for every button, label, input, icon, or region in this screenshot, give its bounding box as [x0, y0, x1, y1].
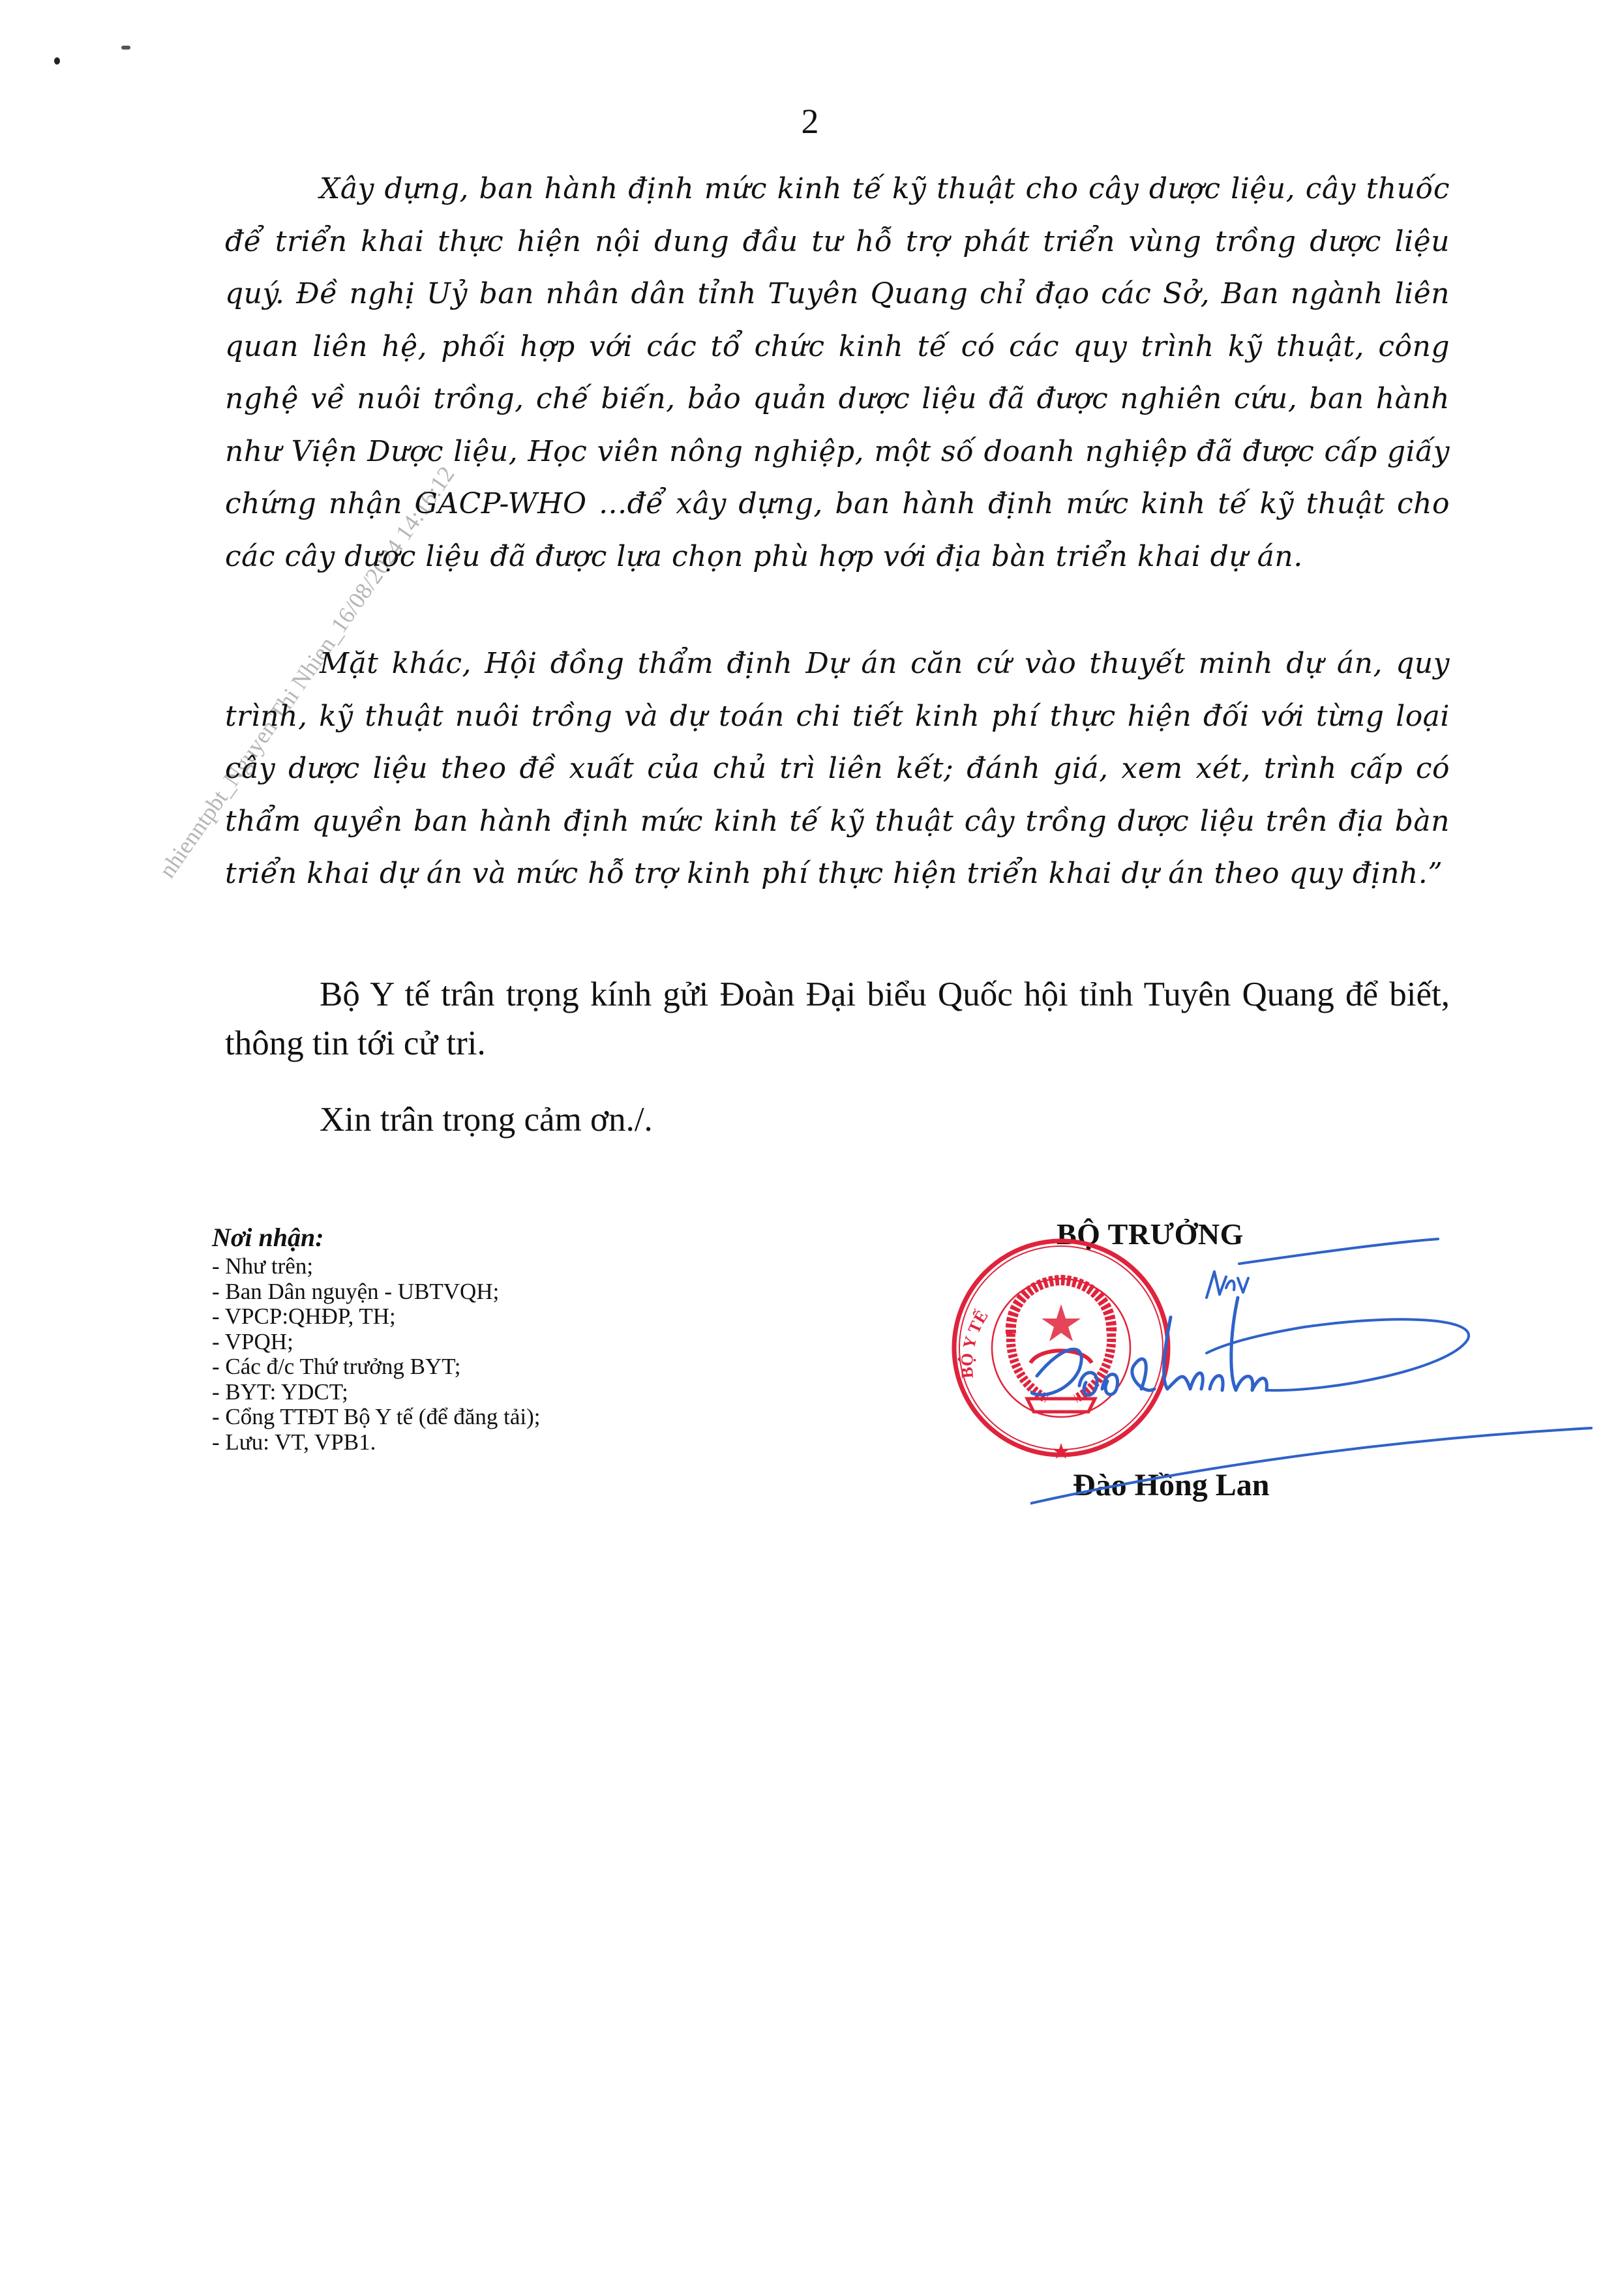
- recipient-item: - VPQH;: [212, 1330, 541, 1355]
- body-paragraph-3: Bộ Y tế trân trọng kính gửi Đoàn Đại biể…: [225, 970, 1450, 1068]
- paragraph-text: Xin trân trọng cảm ơn./.: [225, 1096, 1450, 1144]
- seal-text: BỘ Y TẾ: [957, 1307, 992, 1379]
- recipient-item: - Như trên;: [212, 1254, 541, 1279]
- paragraph-text: Mặt khác, Hội đồng thẩm định Dự án căn c…: [225, 638, 1450, 901]
- body-paragraph-2: Mặt khác, Hội đồng thẩm định Dự án căn c…: [225, 638, 1450, 901]
- recipients-title: Nơi nhận:: [212, 1223, 541, 1253]
- recipient-item: - Cổng TTĐT Bộ Y tế (để đăng tải);: [212, 1405, 541, 1430]
- recipient-item: - Các đ/c Thứ trưởng BYT;: [212, 1354, 541, 1380]
- scan-speck: [121, 46, 130, 50]
- recipients-list: - Như trên; - Ban Dân nguyện - UBTVQH; -…: [212, 1254, 541, 1455]
- recipients-block: Nơi nhận: - Như trên; - Ban Dân nguyện -…: [212, 1223, 541, 1455]
- paragraph-text: Bộ Y tế trân trọng kính gửi Đoàn Đại biể…: [225, 970, 1450, 1068]
- scan-speck: [54, 57, 60, 65]
- document-page: nhienntpbt_Nguyen Thi Nhien_16/08/2024 1…: [0, 0, 1620, 2296]
- paragraph-text: Xây dựng, ban hành định mức kinh tế kỹ t…: [225, 163, 1450, 583]
- handwritten-signature-icon: [1030, 1226, 1604, 1539]
- svg-text:BỘ Y TẾ: BỘ Y TẾ: [957, 1307, 992, 1379]
- body-paragraph-1: Xây dựng, ban hành định mức kinh tế kỹ t…: [225, 163, 1450, 583]
- recipient-item: - Ban Dân nguyện - UBTVQH;: [212, 1279, 541, 1305]
- page-number: 2: [0, 101, 1620, 142]
- recipient-item: - BYT: YDCT;: [212, 1380, 541, 1405]
- recipient-item: - VPCP:QHĐP, TH;: [212, 1304, 541, 1330]
- recipient-item: - Lưu: VT, VPB1.: [212, 1430, 541, 1455]
- closing-paragraph: Xin trân trọng cảm ơn./.: [225, 1096, 1450, 1144]
